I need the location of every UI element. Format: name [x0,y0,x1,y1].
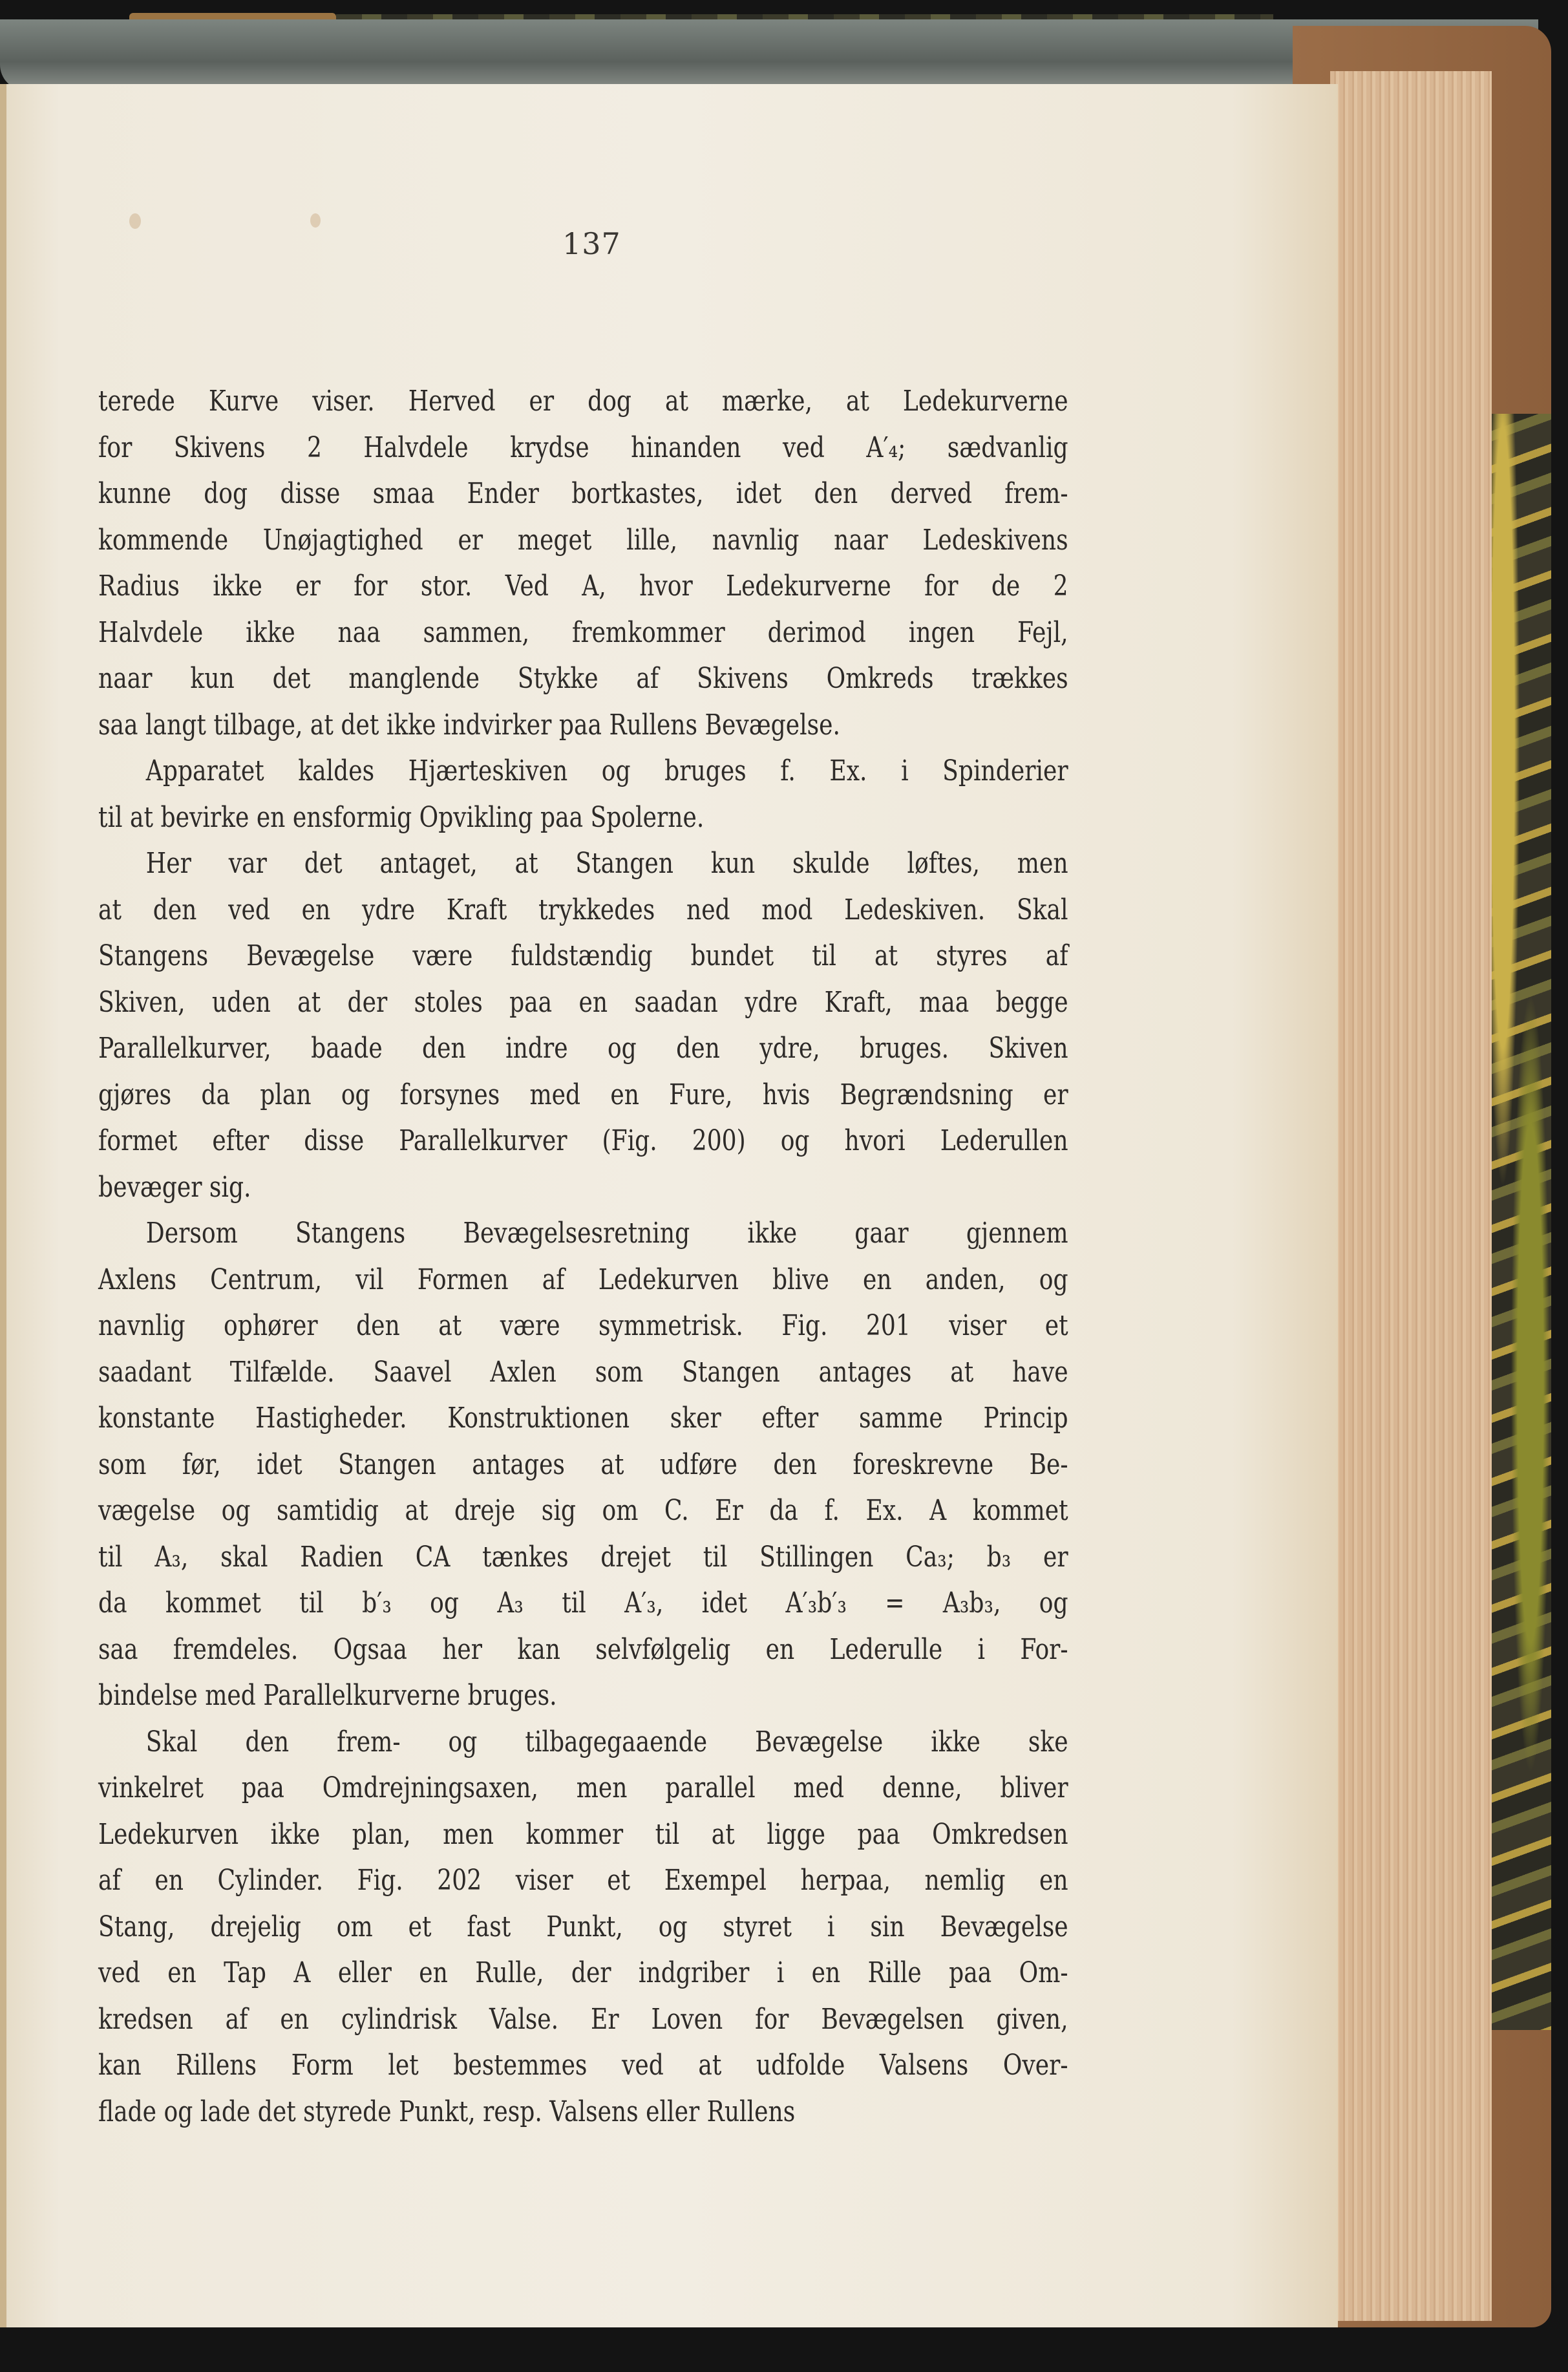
text-line: saadant Tilfælde. Saavel Axlen som Stang… [98,1349,1068,1396]
paragraph: terede Kurve viser. Herved er dog at mær… [98,378,898,748]
text-line: navnlig ophører den at være symmetrisk. … [98,1303,1068,1349]
paragraph: Her var det antaget, at Stangen kun skul… [98,840,898,1210]
marbled-endpaper [1482,414,1551,2030]
paragraph: Dersom Stangens Bevægelsesretning ikke g… [98,1210,898,1719]
text-line: vægelse og samtidig at dreje sig om C. E… [98,1488,1068,1534]
body-text: terede Kurve viser. Herved er dog at mær… [98,378,898,2135]
paper-stain [310,213,321,228]
text-line: Stang, drejelig om et fast Punkt, og sty… [98,1904,1068,1950]
text-line: Axlens Centrum, vil Formen af Ledekurven… [98,1257,1068,1303]
text-line: gjøres da plan og forsynes med en Fure, … [98,1072,1068,1118]
text-line: terede Kurve viser. Herved er dog at mær… [98,378,1068,425]
text-line: Radius ikke er for stor. Ved A, hvor Led… [98,563,1068,610]
text-line: Ledekurven ikke plan, men kommer til at … [98,1811,1068,1858]
text-line: saa fremdeles. Ogsaa her kan selvfølgeli… [98,1627,1068,1673]
text-line: da kommet til b′₃ og A₃ til A′₃, idet A′… [98,1580,1068,1627]
page-stack-edge [1330,71,1492,2321]
text-line: vinkelret paa Omdrejningsaxen, men paral… [98,1765,1068,1811]
text-line: Skiven, uden at der stoles paa en saadan… [98,979,1068,1026]
text-line: at den ved en ydre Kraft trykkedes ned m… [98,887,1068,934]
text-line: Halvdele ikke naa sammen, fremkommer der… [98,610,1068,656]
text-line: til A₃, skal Radien CA tænkes drejet til… [98,1534,1068,1581]
text-line: bevæger sig. [98,1164,1068,1211]
text-line: bindelse med Parallelkurverne bruges. [98,1672,1068,1719]
text-line: flade og lade det styrede Punkt, resp. V… [98,2089,1068,2135]
text-line: som før, idet Stangen antages at udføre … [98,1442,1068,1488]
text-line: Dersom Stangens Bevægelsesretning ikke g… [98,1210,1068,1257]
text-line: kredsen af en cylindrisk Valse. Er Loven… [98,1996,1068,2043]
book-page: 137 terede Kurve viser. Herved er dog at… [0,84,1338,2327]
text-line: kunne dog disse smaa Ender bortkastes, i… [98,471,1068,517]
text-line: kan Rillens Form let bestemmes ved at ud… [98,2042,1068,2089]
text-line: Skal den frem- og tilbagegaaende Bevægel… [98,1719,1068,1766]
text-line: ved en Tap A eller en Rulle, der indgrib… [98,1950,1068,1996]
text-line: Her var det antaget, at Stangen kun skul… [98,840,1068,887]
page-number: 137 [562,226,621,261]
paragraph: Apparatet kaldes Hjærteskiven og bruges … [98,748,898,840]
text-line: for Skivens 2 Halvdele krydse hinanden v… [98,425,1068,471]
text-line: formet efter disse Parallelkurver (Fig. … [98,1118,1068,1164]
text-line: af en Cylinder. Fig. 202 viser et Exempe… [98,1857,1068,1904]
text-line: saa langt tilbage, at det ikke indvirker… [98,702,1068,749]
text-line: Apparatet kaldes Hjærteskiven og bruges … [98,748,1068,795]
text-line: til at bevirke en ensformig Opvikling pa… [98,795,1068,841]
text-line: Parallelkurver, baade den indre og den y… [98,1025,1068,1072]
text-line: konstante Hastigheder. Konstruktionen sk… [98,1395,1068,1442]
text-line: kommende Unøjagtighed er meget lille, na… [98,517,1068,564]
text-line: Stangens Bevægelse være fuldstændig bund… [98,933,1068,979]
paper-stain [129,213,141,229]
paragraph: Skal den frem- og tilbagegaaende Bevægel… [98,1719,898,2135]
text-line: naar kun det manglende Stykke af Skivens… [98,656,1068,702]
